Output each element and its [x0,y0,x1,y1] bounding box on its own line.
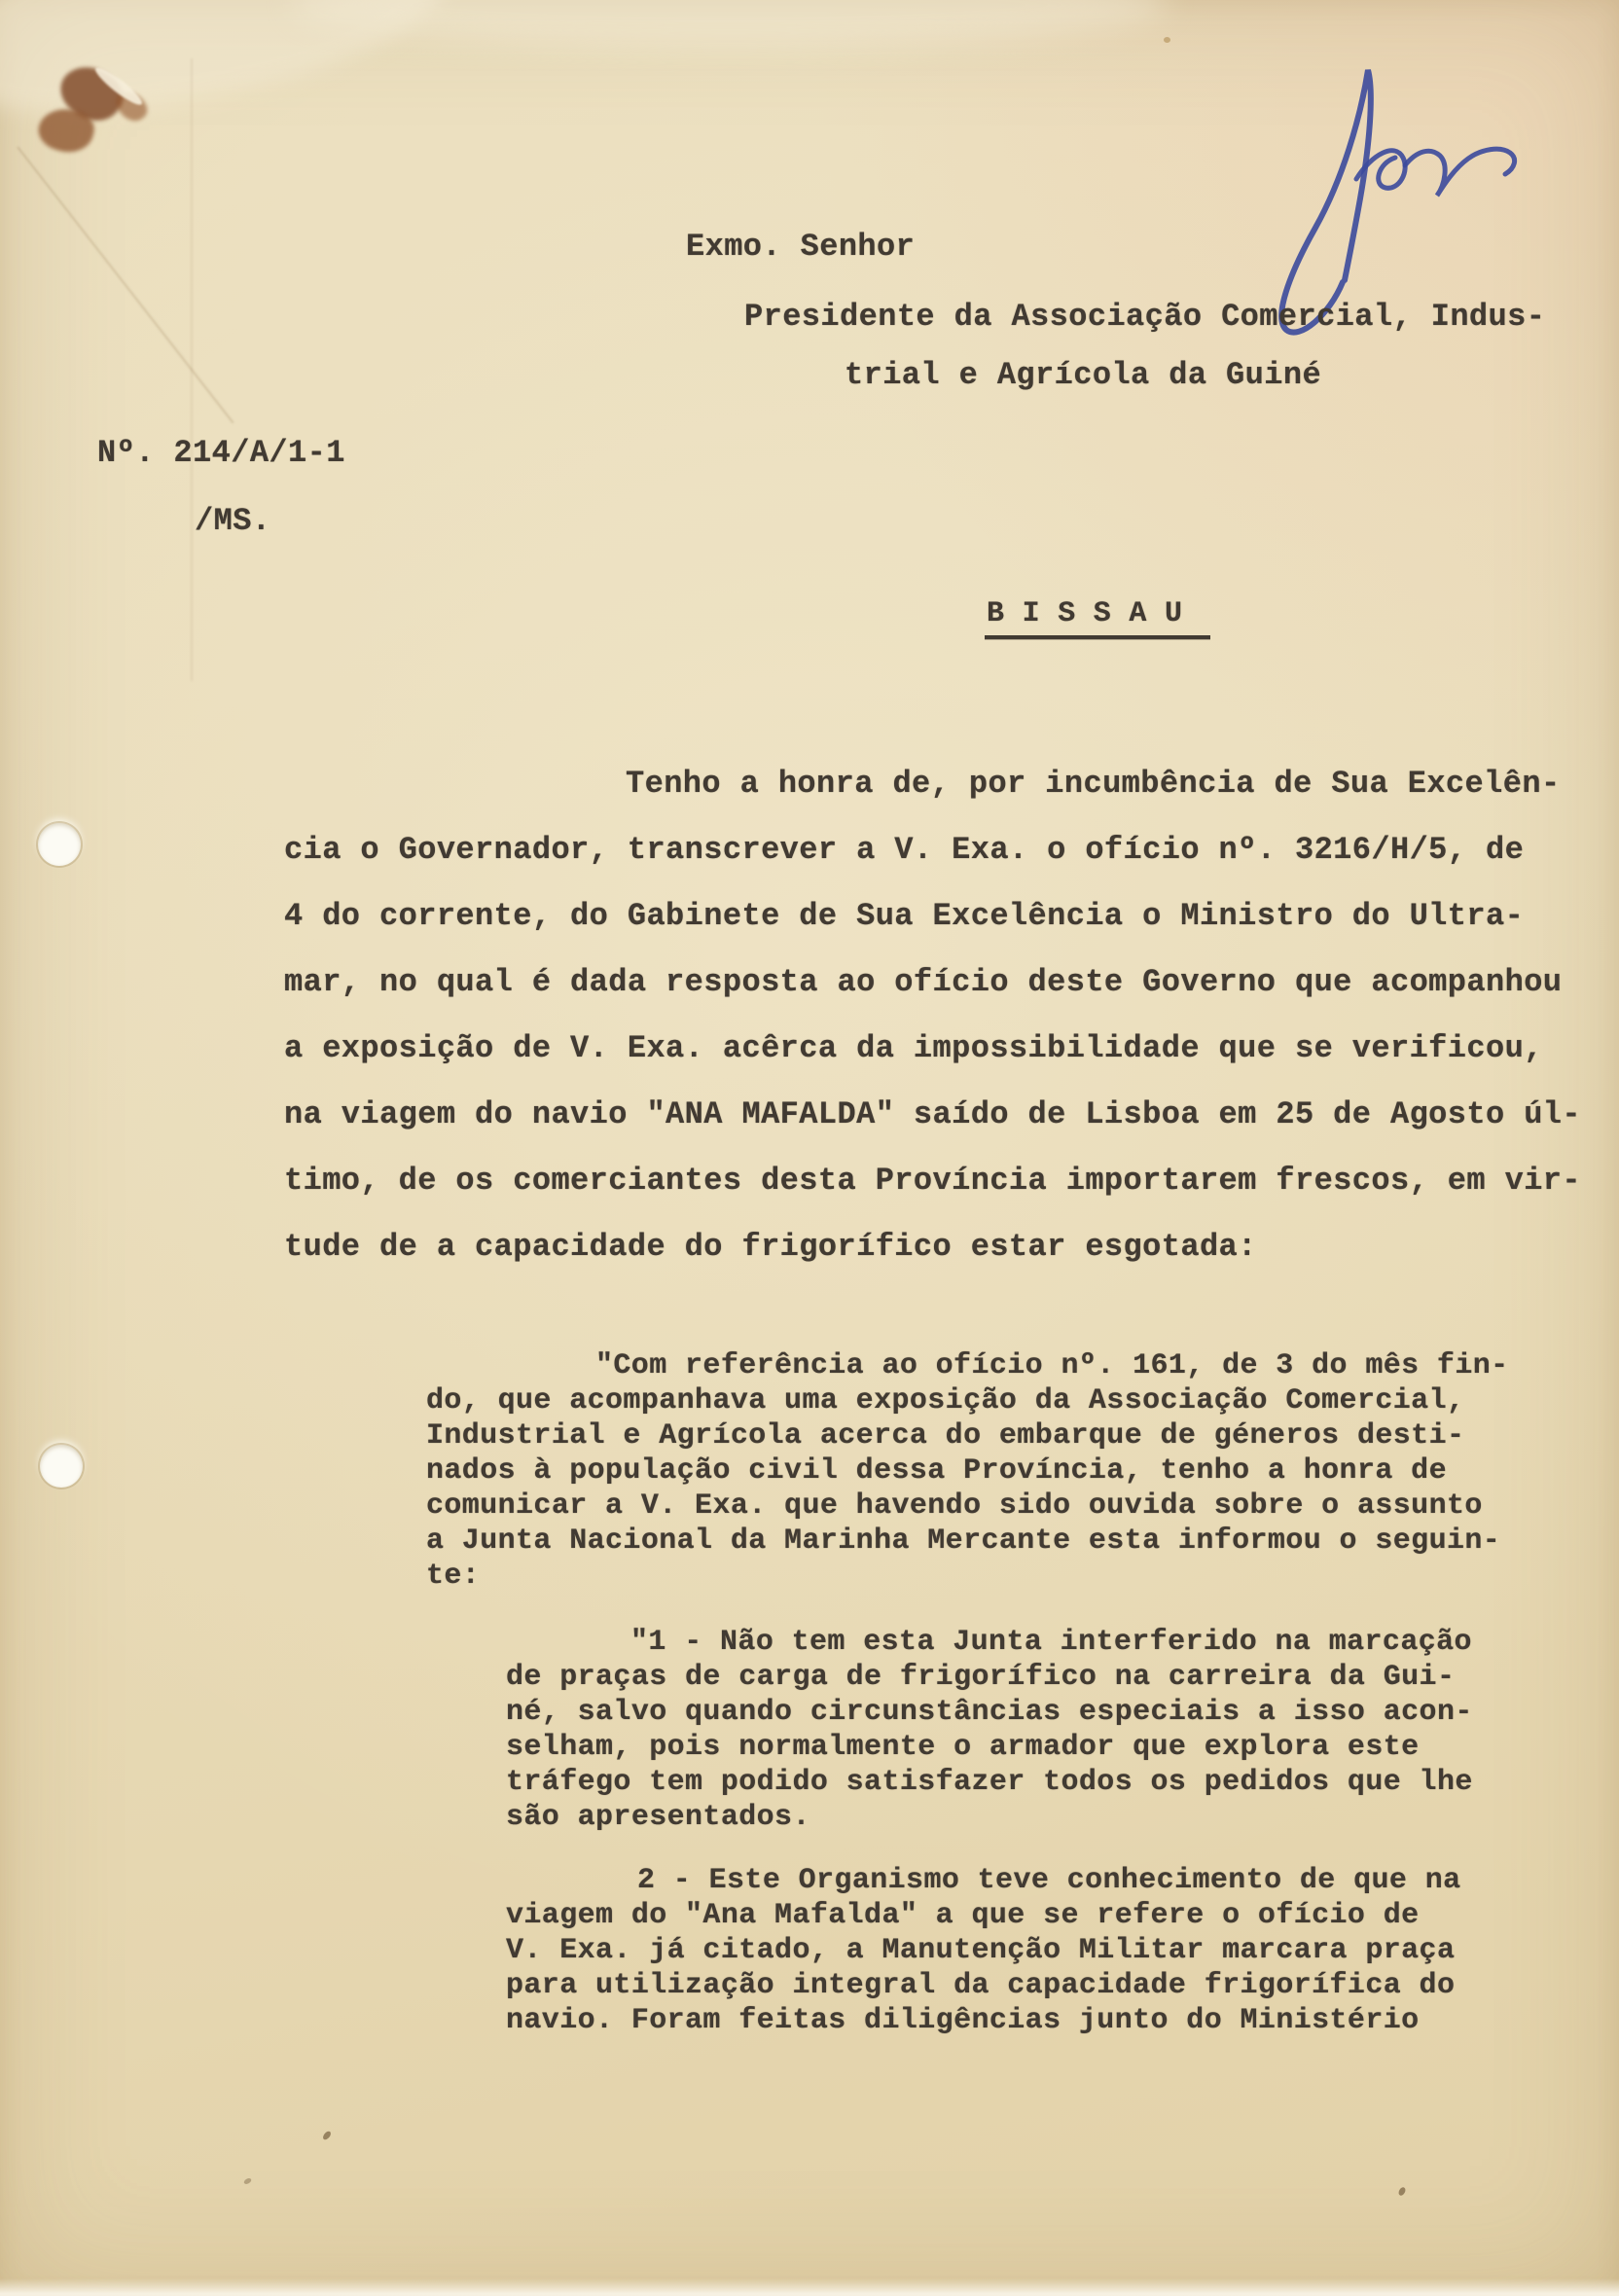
quoted-line: viagem do "Ana Mafalda" a que se refere … [506,1901,1420,1930]
quoted-line: "1 - Não tem esta Junta interferido na m… [630,1628,1472,1657]
body-line: cia o Governador, transcrever a V. Exa. … [284,835,1524,866]
quoted-line: a Junta Nacional da Marinha Mercante est… [426,1526,1500,1556]
paper-crease [191,58,193,681]
quoted-line: selham, pois normalmente o armador que e… [506,1733,1420,1762]
quoted-line: comunicar a V. Exa. que havendo sido ouv… [426,1491,1483,1521]
quoted-line: tráfego tem podido satisfazer todos os p… [506,1768,1473,1797]
hole-punch [40,1445,83,1488]
quoted-line: 2 - Este Organismo teve conhecimento de … [637,1866,1461,1895]
quoted-line: nados à população civil dessa Província,… [426,1456,1447,1486]
place-heading: BISSAU [985,599,1210,639]
scanned-letter-page: Exmo. Senhor Presidente da Associação Co… [0,0,1619,2296]
recipient-title-line: Presidente da Associação Comercial, Indu… [744,302,1545,333]
reference-number: Nº. 214/A/1-1 [97,438,345,469]
top-edge-light [292,0,1168,49]
body-line: mar, no qual é dada resposta ao ofício d… [284,967,1562,998]
quoted-line: V. Exa. já citado, a Manutenção Militar … [506,1936,1455,1965]
hole-punch [38,823,81,866]
salutation-line: Exmo. Senhor [686,232,915,263]
ink-speck [1164,37,1170,43]
body-line: timo, de os comerciantes desta Província… [284,1166,1581,1197]
ink-speck [1397,2186,1407,2197]
quoted-line: navio. Foram feitas diligências junto do… [506,2006,1420,2035]
quoted-line: "Com referência ao ofício nº. 161, de 3 … [595,1351,1509,1381]
quoted-line: para utilização integral da capacidade f… [506,1971,1455,2000]
scan-bottom-edge [0,2278,1619,2296]
body-line: tude de a capacidade do frigorífico esta… [284,1232,1257,1263]
clerk-initials: /MS. [195,506,270,537]
quoted-line: Industrial e Agrícola acerca do embarque… [426,1421,1464,1451]
body-line: 4 do corrente, do Gabinete de Sua Excelê… [284,901,1524,932]
quoted-line: de praças de carga de frigorífico na car… [506,1663,1455,1692]
paper-crease [17,146,234,423]
recipient-title-line: trial e Agrícola da Guiné [845,360,1321,391]
ink-speck [243,2177,252,2185]
quoted-line: né, salvo quando circunstâncias especiai… [506,1698,1473,1727]
body-line: Tenho a honra de, por incumbência de Sua… [626,769,1561,800]
body-line: a exposição de V. Exa. acêrca da impossi… [284,1033,1543,1064]
quoted-line: te: [426,1561,480,1591]
body-line: na viagem do navio "ANA MAFALDA" saído d… [284,1099,1581,1130]
quoted-line: são apresentados. [506,1803,810,1832]
quoted-line: do, que acompanhava uma exposição da Ass… [426,1386,1464,1416]
ink-speck [321,2130,332,2141]
